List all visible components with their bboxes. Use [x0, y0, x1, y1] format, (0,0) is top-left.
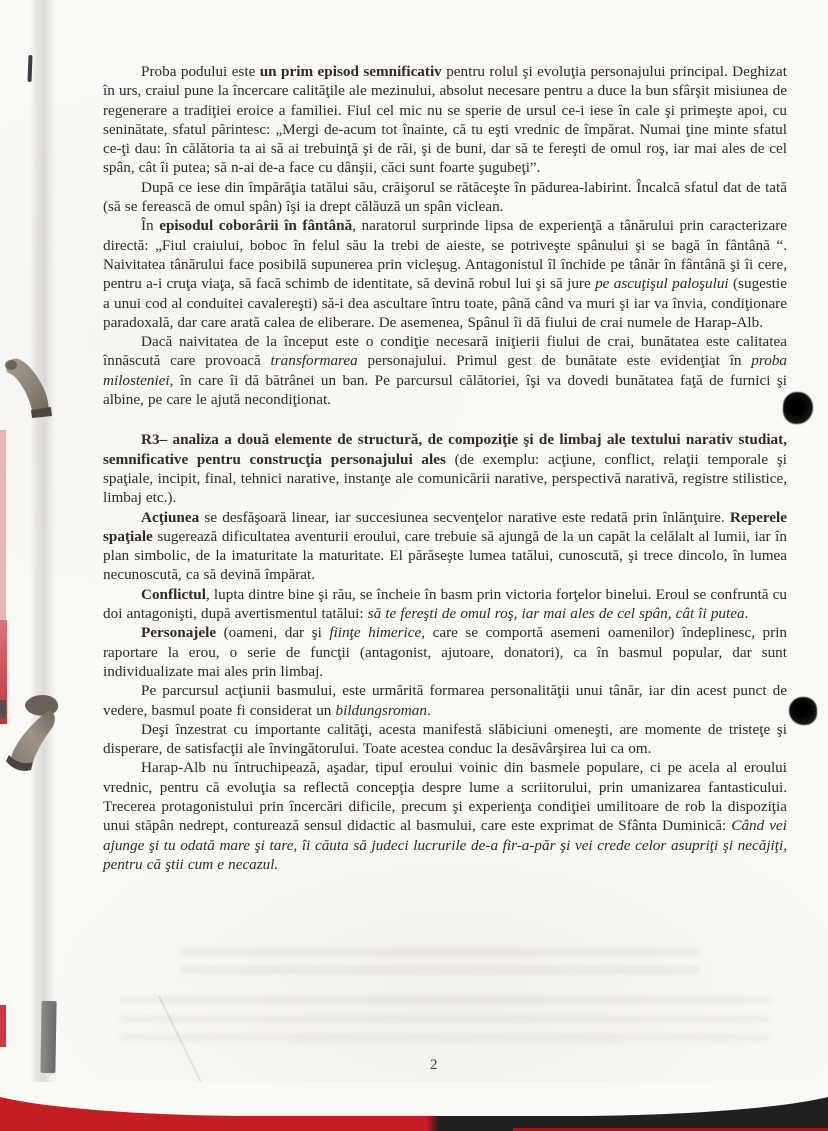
document-body: Proba podului este un prim episod semnif… [103, 62, 787, 874]
text-run: Harap-Alb nu întruchipează, aşadar, tipu… [103, 759, 787, 834]
binding-shadow-bar [40, 1001, 56, 1073]
hole-punch-mark-top [783, 392, 813, 424]
paragraph-personajele: Personajele (oameni, dar şi fiinţe himer… [103, 623, 787, 681]
paper-bottom-edge [0, 1082, 828, 1116]
paragraph-conflictul: Conflictul, lupta dintre bine şi rău, se… [103, 585, 787, 624]
text-run: Deşi înzestrat cu importante calităţi, a… [103, 721, 787, 757]
binder-fastener-top-icon [2, 352, 62, 426]
text-run: sugerează dificultatea aventurii eroului… [103, 528, 787, 584]
binder-fastener-bottom-icon [0, 684, 64, 774]
text-run: . [745, 605, 749, 622]
text-run: episodul coborârii în fântână [159, 217, 352, 234]
text-run: fiinţe himerice [329, 624, 421, 641]
bleed-through-text [180, 948, 700, 976]
text-run: Proba podului este [141, 63, 260, 80]
paragraph-r3-cerinta: R3– analiza a două elemente de structură… [103, 430, 787, 507]
text-run: În [141, 217, 159, 234]
text-run: Pe parcursul acţiunii basmului, este urm… [103, 682, 787, 718]
text-run: Personajele [141, 624, 216, 641]
red-edge-strip-pale [0, 430, 6, 622]
text-run: Acţiunea [141, 509, 199, 526]
text-run: pentru rolul şi evoluţia personajului pr… [103, 63, 787, 176]
paragraph-concluzie: Harap-Alb nu întruchipează, aşadar, tipu… [103, 758, 787, 874]
text-run: După ce iese din împărăţia tatălui său, … [103, 179, 787, 215]
paragraph-proba-podului: Proba podului este un prim episod semnif… [103, 62, 787, 178]
text-run: bildungsroman [336, 702, 427, 719]
text-run: personajului. Primul gest de bunătate es… [358, 352, 752, 369]
scanned-page: Proba podului este un prim episod semnif… [0, 0, 828, 1131]
text-run: (oameni, dar şi [216, 624, 329, 641]
text-run: transformarea [271, 352, 358, 369]
page-number: 2 [430, 1057, 438, 1074]
paragraph-bildungsroman: Pe parcursul acţiunii basmului, este urm… [103, 681, 787, 720]
text-run: să te fereşti de omul roş, iar mai ales … [368, 605, 745, 622]
paragraph-slabiciuni: Deşi înzestrat cu importante calităţi, a… [103, 720, 787, 759]
binding-fold-strip [30, 0, 56, 1111]
bleed-through-text [120, 996, 770, 1050]
text-run: . [427, 702, 431, 719]
paragraph-padurea-labirint: După ce iese din împărăţia tatălui său, … [103, 178, 787, 217]
paragraph-actiunea-repere: Acţiunea se desfăşoară linear, iar succe… [103, 508, 787, 585]
text-run: pe ascuţişul paloşului [595, 275, 729, 292]
text-run: se desfăşoară linear, iar succesiunea se… [199, 509, 730, 526]
hole-punch-mark-bottom [789, 697, 817, 725]
text-run: un prim episod semnificativ [260, 63, 442, 80]
red-edge-strip-lower [0, 1005, 6, 1047]
paragraph-episodul-coborarii: În episodul coborârii în fântână, narato… [103, 216, 787, 332]
paragraph-proba-milosteniei: Dacă naivitatea de la început este o con… [103, 332, 787, 409]
text-run: , în care îi dă bătrânei un ban. Pe parc… [103, 372, 787, 408]
text-run: Conflictul [141, 586, 206, 603]
